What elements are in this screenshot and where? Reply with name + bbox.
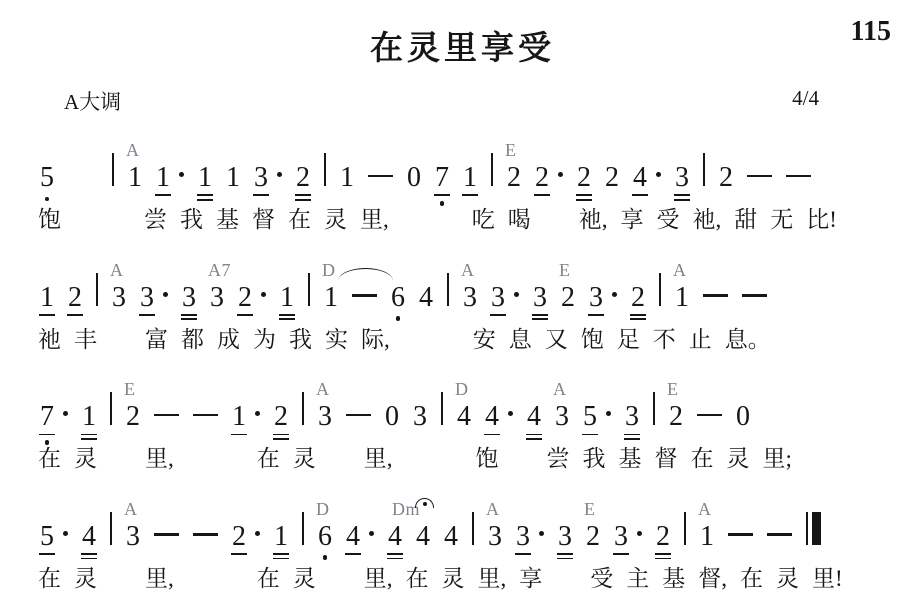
lyric-spacer bbox=[110, 585, 132, 586]
lyric-spacer bbox=[402, 226, 424, 227]
lyric-syllable: 在 bbox=[257, 565, 280, 593]
note-digit: 4 bbox=[633, 164, 647, 192]
note: D1 bbox=[324, 284, 338, 312]
note: 2 bbox=[577, 164, 591, 192]
beam-underline bbox=[139, 314, 155, 316]
lyric-syllable: 尝 bbox=[144, 206, 167, 234]
note: 2 bbox=[238, 284, 266, 312]
lyric-syllable: 足 bbox=[617, 326, 640, 354]
note-digit: 4 bbox=[457, 403, 471, 431]
note: E2 bbox=[586, 523, 600, 551]
beam-underline bbox=[515, 553, 531, 555]
note: 4 bbox=[485, 403, 513, 431]
lyric-spacer bbox=[441, 465, 463, 466]
barline bbox=[491, 153, 493, 186]
chord-label: E bbox=[559, 261, 571, 279]
lyric-spacer bbox=[555, 585, 577, 586]
slur-group: D16 bbox=[324, 284, 405, 312]
beam-underline bbox=[155, 194, 171, 196]
augmentation-dot bbox=[558, 172, 563, 177]
beam-underline bbox=[526, 438, 542, 440]
note: A1 bbox=[128, 164, 142, 192]
note-digit: 3 bbox=[614, 523, 628, 551]
chord-label: E bbox=[124, 380, 136, 398]
beam-underline bbox=[231, 553, 247, 555]
note: E2 bbox=[507, 164, 521, 192]
note-digit: 1 bbox=[82, 403, 96, 431]
lyric-syllable: 在 bbox=[257, 445, 280, 473]
note: 3 bbox=[675, 164, 689, 192]
note-digit: 2 bbox=[296, 164, 310, 192]
note: 2 bbox=[719, 164, 733, 192]
lyric-spacer bbox=[438, 346, 460, 347]
lyric-syllable: 在 bbox=[740, 565, 763, 593]
final-barline-thin bbox=[806, 512, 808, 545]
lyric-syllable: 灵 bbox=[442, 565, 465, 593]
beam-underline bbox=[253, 194, 269, 196]
lyric-spacer bbox=[110, 465, 132, 466]
note: A3 bbox=[488, 523, 502, 551]
note: 3 bbox=[491, 284, 519, 312]
note-digit: 3 bbox=[112, 284, 126, 312]
note-digit: 3 bbox=[555, 403, 569, 431]
augmentation-dot bbox=[508, 411, 513, 416]
lyric-syllable: 我 bbox=[180, 206, 203, 234]
note: 3 bbox=[533, 284, 547, 312]
lyric-spacer bbox=[222, 465, 244, 466]
lyric-syllable: 祂, bbox=[579, 206, 608, 234]
note-digit: 3 bbox=[318, 403, 332, 431]
lyric-syllable: 息。 bbox=[725, 326, 771, 354]
note-digit: 3 bbox=[182, 284, 196, 312]
hymn-number: 115 bbox=[851, 16, 891, 48]
beam-underline bbox=[462, 194, 478, 196]
lyric-syllable: 实 bbox=[325, 326, 348, 354]
lyrics-row: 祂丰富都成为我实际,安息又饱足不止息。 bbox=[38, 326, 887, 354]
lyric-syllable: 基 bbox=[619, 445, 642, 473]
note: 1 bbox=[274, 523, 288, 551]
lyric-syllable: 在 bbox=[38, 565, 61, 593]
beam-underline bbox=[674, 194, 690, 196]
note-digit: 2 bbox=[586, 523, 600, 551]
lyric-syllable: 尝 bbox=[547, 445, 570, 473]
lyric-syllable: 灵 bbox=[727, 445, 750, 473]
lyric-syllable: 饱 bbox=[581, 326, 604, 354]
key-signature: A大调 bbox=[64, 86, 121, 116]
system: 5A1111321071E2222432饱尝我基督在灵里,吃喝祂,享受祂,甜无比… bbox=[38, 126, 887, 234]
lyric-syllable: 饱 bbox=[38, 206, 61, 234]
barline bbox=[659, 273, 661, 306]
note: 1 bbox=[40, 284, 54, 312]
beam-underline bbox=[273, 553, 289, 555]
note: 2 bbox=[535, 164, 563, 192]
chord-label: A7 bbox=[208, 261, 231, 279]
barline bbox=[302, 392, 304, 425]
beam-underline bbox=[387, 553, 403, 555]
note-digit: 2 bbox=[535, 164, 549, 192]
lyric-syllable: 我 bbox=[289, 326, 312, 354]
dash-continuation bbox=[154, 414, 179, 417]
note: Dm4 bbox=[416, 523, 430, 551]
note-digit: 3 bbox=[558, 523, 572, 551]
lyrics-row: 在灵里,在灵里,在灵里,享受主基督,在灵里! bbox=[38, 565, 887, 593]
barline bbox=[684, 512, 686, 545]
beam-underline bbox=[279, 318, 295, 320]
note-digit: 2 bbox=[126, 403, 140, 431]
note-digit: 4 bbox=[527, 403, 541, 431]
low-octave-dot bbox=[323, 555, 328, 560]
chord-label: D bbox=[316, 500, 330, 518]
note-digit: 2 bbox=[719, 164, 733, 192]
note-digit: 4 bbox=[346, 523, 360, 551]
lyric-syllable: 甜 bbox=[734, 206, 757, 234]
note: 2 bbox=[656, 523, 670, 551]
lyric-syllable: 受 bbox=[590, 565, 613, 593]
beam-underline bbox=[81, 553, 97, 555]
note: 4 bbox=[419, 284, 433, 312]
note-digit: 1 bbox=[128, 164, 142, 192]
note-digit: 6 bbox=[391, 284, 405, 312]
beam-underline bbox=[273, 438, 289, 440]
lyric-syllable: 里, bbox=[145, 565, 174, 593]
note: 2 bbox=[631, 284, 645, 312]
augmentation-dot bbox=[277, 172, 282, 177]
lyric-syllable: 不 bbox=[653, 326, 676, 354]
note-digit: 2 bbox=[274, 403, 288, 431]
barline bbox=[302, 512, 304, 545]
beam-underline bbox=[630, 314, 646, 316]
beam-underline bbox=[273, 434, 289, 436]
barline bbox=[447, 273, 449, 306]
beam-underline bbox=[39, 314, 55, 316]
note-digit: 4 bbox=[82, 523, 96, 551]
lyric-syllable: 里; bbox=[763, 445, 792, 473]
note: 1 bbox=[340, 164, 354, 192]
dash-continuation bbox=[193, 533, 218, 536]
note: 3 bbox=[413, 403, 427, 431]
lyric-spacer bbox=[110, 346, 132, 347]
beam-underline bbox=[674, 199, 690, 201]
beam-underline bbox=[532, 314, 548, 316]
note: 2 bbox=[605, 164, 619, 192]
note-digit: 2 bbox=[631, 284, 645, 312]
note: 1 bbox=[198, 164, 212, 192]
lyric-spacer bbox=[187, 585, 209, 586]
lyric-syllable: 里, bbox=[364, 445, 393, 473]
chord-label: A bbox=[126, 141, 140, 159]
lyric-syllable: 享 bbox=[621, 206, 644, 234]
note-digit: 3 bbox=[126, 523, 140, 551]
note: 3 bbox=[254, 164, 282, 192]
lyric-syllable: 际, bbox=[361, 326, 390, 354]
note: 4 bbox=[346, 523, 374, 551]
beam-underline bbox=[39, 434, 55, 436]
dash-continuation bbox=[368, 175, 393, 178]
note-digit: 1 bbox=[40, 284, 54, 312]
chord-label: A bbox=[316, 380, 330, 398]
beam-underline bbox=[181, 314, 197, 316]
dash-continuation bbox=[728, 533, 753, 536]
note: 5 bbox=[40, 164, 54, 192]
beam-underline bbox=[81, 438, 97, 440]
score: 5A1111321071E2222432饱尝我基督在灵里,吃喝祂,享受祂,甜无比… bbox=[38, 126, 887, 592]
beam-underline bbox=[532, 318, 548, 320]
note-digit: 3 bbox=[516, 523, 530, 551]
beam-underline bbox=[434, 194, 450, 196]
note-digit: 2 bbox=[605, 164, 619, 192]
dash-continuation bbox=[193, 414, 218, 417]
notes-row: 5A1111321071E2222432 bbox=[38, 126, 887, 206]
beam-underline bbox=[67, 314, 83, 316]
chord-label: A bbox=[124, 500, 138, 518]
lyric-spacer bbox=[109, 226, 131, 227]
lyric-spacer bbox=[187, 465, 209, 466]
note: 7 bbox=[40, 403, 68, 431]
note-digit: 1 bbox=[324, 284, 338, 312]
note: 3 bbox=[516, 523, 544, 551]
note: 2 bbox=[232, 523, 260, 551]
lyric-syllable: 在 bbox=[691, 445, 714, 473]
beam-underline bbox=[237, 314, 253, 316]
note: 1 bbox=[156, 164, 184, 192]
lyric-syllable: 灵 bbox=[293, 565, 316, 593]
lyric-syllable: 都 bbox=[181, 326, 204, 354]
note: A3 bbox=[463, 284, 477, 312]
lyric-spacer bbox=[403, 346, 425, 347]
note: E2 bbox=[126, 403, 140, 431]
note-digit: 1 bbox=[463, 164, 477, 192]
lyric-spacer bbox=[544, 226, 566, 227]
chord-label: A bbox=[698, 500, 712, 518]
augmentation-dot bbox=[179, 172, 184, 177]
final-barline-thick bbox=[812, 512, 821, 545]
augmentation-dot bbox=[637, 531, 642, 536]
beam-underline bbox=[81, 434, 97, 436]
beam-underline bbox=[387, 558, 403, 560]
lyric-syllable: 在 bbox=[38, 445, 61, 473]
beam-underline bbox=[582, 434, 598, 436]
dash-continuation bbox=[742, 294, 767, 297]
note-digit: 1 bbox=[280, 284, 294, 312]
chord-label: A bbox=[461, 261, 475, 279]
chord-label: E bbox=[584, 500, 596, 518]
beam-underline bbox=[273, 558, 289, 560]
beam-underline bbox=[655, 558, 671, 560]
augmentation-dot bbox=[63, 411, 68, 416]
barline bbox=[308, 273, 310, 306]
beam-underline bbox=[81, 558, 97, 560]
lyric-syllable: 无 bbox=[770, 206, 793, 234]
note: 3 bbox=[558, 523, 572, 551]
note: 4 bbox=[444, 523, 458, 551]
beam-underline bbox=[295, 194, 311, 196]
note-digit: 3 bbox=[625, 403, 639, 431]
chord-label: D bbox=[455, 380, 469, 398]
beam-underline bbox=[279, 314, 295, 316]
note: 5 bbox=[583, 403, 611, 431]
beam-underline bbox=[624, 434, 640, 436]
note-digit: 3 bbox=[413, 403, 427, 431]
note-digit: 5 bbox=[40, 164, 54, 192]
note-digit: 2 bbox=[577, 164, 591, 192]
lyric-syllable: 祂 bbox=[38, 326, 61, 354]
chord-label: A bbox=[110, 261, 124, 279]
note-digit: 4 bbox=[485, 403, 499, 431]
augmentation-dot bbox=[514, 292, 519, 297]
note-digit: 3 bbox=[491, 284, 505, 312]
lyric-syllable: 在 bbox=[288, 206, 311, 234]
barline bbox=[324, 153, 326, 186]
note-digit: 3 bbox=[463, 284, 477, 312]
note: 7 bbox=[435, 164, 449, 192]
dash-continuation bbox=[767, 533, 792, 536]
note-digit: 7 bbox=[40, 403, 54, 431]
lyric-syllable: 饱 bbox=[476, 445, 499, 473]
lyric-syllable: 基 bbox=[216, 206, 239, 234]
beam-underline bbox=[181, 318, 197, 320]
lyric-syllable: 里, bbox=[478, 565, 507, 593]
key-row: A大调 4/4 bbox=[38, 86, 887, 118]
note: 2 bbox=[68, 284, 82, 312]
barline bbox=[653, 392, 655, 425]
note-digit: 2 bbox=[561, 284, 575, 312]
dash-continuation bbox=[154, 533, 179, 536]
notes-row: 71E212A303D444A353E20 bbox=[38, 365, 887, 445]
low-octave-dot bbox=[396, 316, 401, 321]
dash-continuation bbox=[346, 414, 371, 417]
lyric-syllable: 息 bbox=[509, 326, 532, 354]
augmentation-dot bbox=[539, 531, 544, 536]
augmentation-dot bbox=[656, 172, 661, 177]
beam-underline bbox=[534, 194, 550, 196]
note: 6 bbox=[391, 284, 405, 312]
lyric-syllable: 督 bbox=[655, 445, 678, 473]
lyric-syllable: 比! bbox=[806, 206, 837, 234]
note: 3 bbox=[625, 403, 639, 431]
beam-underline bbox=[197, 199, 213, 201]
chord-label: A bbox=[673, 261, 687, 279]
note: 4 bbox=[527, 403, 541, 431]
low-octave-dot bbox=[440, 201, 445, 206]
barline bbox=[112, 153, 114, 186]
lyric-syllable: 里, bbox=[145, 445, 174, 473]
beam-underline bbox=[231, 434, 247, 436]
note: 0 bbox=[385, 403, 399, 431]
barline bbox=[703, 153, 705, 186]
note-digit: 4 bbox=[419, 284, 433, 312]
lyric-spacer bbox=[437, 226, 459, 227]
fermata-icon bbox=[415, 498, 434, 508]
note: D6 bbox=[318, 523, 332, 551]
note-digit: 2 bbox=[68, 284, 82, 312]
chord-label: A bbox=[553, 380, 567, 398]
note-digit: 2 bbox=[669, 403, 683, 431]
lyric-spacer bbox=[512, 465, 534, 466]
note-digit: 2 bbox=[507, 164, 521, 192]
chord-label: A bbox=[486, 500, 500, 518]
note: A73 bbox=[210, 284, 224, 312]
note-digit: 4 bbox=[388, 523, 402, 551]
lyric-spacer bbox=[74, 226, 96, 227]
beam-underline bbox=[576, 199, 592, 201]
note: A3 bbox=[555, 403, 569, 431]
augmentation-dot bbox=[612, 292, 617, 297]
note: 0 bbox=[736, 403, 750, 431]
note: 3 bbox=[140, 284, 168, 312]
lyric-syllable: 喝 bbox=[508, 206, 531, 234]
note: 5 bbox=[40, 523, 68, 551]
note-digit: 3 bbox=[210, 284, 224, 312]
note: A1 bbox=[675, 284, 689, 312]
note: 1 bbox=[82, 403, 96, 431]
note: 4 bbox=[82, 523, 96, 551]
barline bbox=[441, 392, 443, 425]
lyric-syllable: 成 bbox=[217, 326, 240, 354]
note: D4 bbox=[457, 403, 471, 431]
note: E2 bbox=[669, 403, 683, 431]
notes-row: 54A321D644Dm44A333E232A1 bbox=[38, 485, 887, 565]
note-digit: 0 bbox=[385, 403, 399, 431]
lyric-spacer bbox=[329, 585, 351, 586]
note: 4 bbox=[633, 164, 661, 192]
dash-continuation bbox=[697, 414, 722, 417]
beam-underline bbox=[632, 194, 648, 196]
note-digit: 1 bbox=[340, 164, 354, 192]
note-digit: 3 bbox=[140, 284, 154, 312]
augmentation-dot bbox=[255, 411, 260, 416]
note: 2 bbox=[274, 403, 288, 431]
lyric-syllable: 灵 bbox=[293, 445, 316, 473]
note: A3 bbox=[318, 403, 332, 431]
low-octave-dot bbox=[45, 197, 50, 202]
lyric-spacer bbox=[406, 465, 428, 466]
note-digit: 3 bbox=[675, 164, 689, 192]
beam-underline bbox=[655, 553, 671, 555]
system: 71E212A303D444A353E20在灵里,在灵里,饱尝我基督在灵里; bbox=[38, 365, 887, 473]
lyric-syllable: 里! bbox=[812, 565, 843, 593]
beam-underline bbox=[557, 553, 573, 555]
note: 1 bbox=[463, 164, 477, 192]
system: 12A333A7321D164A333E232A1祂丰富都成为我实际,安息又饱足… bbox=[38, 246, 887, 354]
beam-underline bbox=[484, 434, 500, 436]
system: 54A321D644Dm44A333E232A1在灵里,在灵里,在灵里,享受主基… bbox=[38, 485, 887, 593]
augmentation-dot bbox=[163, 292, 168, 297]
beam-underline bbox=[526, 434, 542, 436]
note-digit: 2 bbox=[232, 523, 246, 551]
note-digit: 2 bbox=[656, 523, 670, 551]
note: E2 bbox=[561, 284, 575, 312]
barline bbox=[96, 273, 98, 306]
lyric-syllable: 受 bbox=[657, 206, 680, 234]
note: 3 bbox=[589, 284, 617, 312]
dash-continuation bbox=[352, 294, 377, 297]
note-digit: 3 bbox=[488, 523, 502, 551]
beam-underline bbox=[588, 314, 604, 316]
lyric-syllable: 里, bbox=[364, 565, 393, 593]
note-digit: 1 bbox=[675, 284, 689, 312]
lyric-syllable: 督, bbox=[698, 565, 727, 593]
note-digit: 3 bbox=[589, 284, 603, 312]
lyric-syllable: 灵 bbox=[74, 565, 97, 593]
barline bbox=[110, 392, 112, 425]
note-digit: 7 bbox=[435, 164, 449, 192]
note-digit: 5 bbox=[583, 403, 597, 431]
note-digit: 1 bbox=[232, 403, 246, 431]
note: 1 bbox=[232, 403, 260, 431]
chord-label: E bbox=[505, 141, 517, 159]
note-digit: 1 bbox=[226, 164, 240, 192]
augmentation-dot bbox=[255, 531, 260, 536]
